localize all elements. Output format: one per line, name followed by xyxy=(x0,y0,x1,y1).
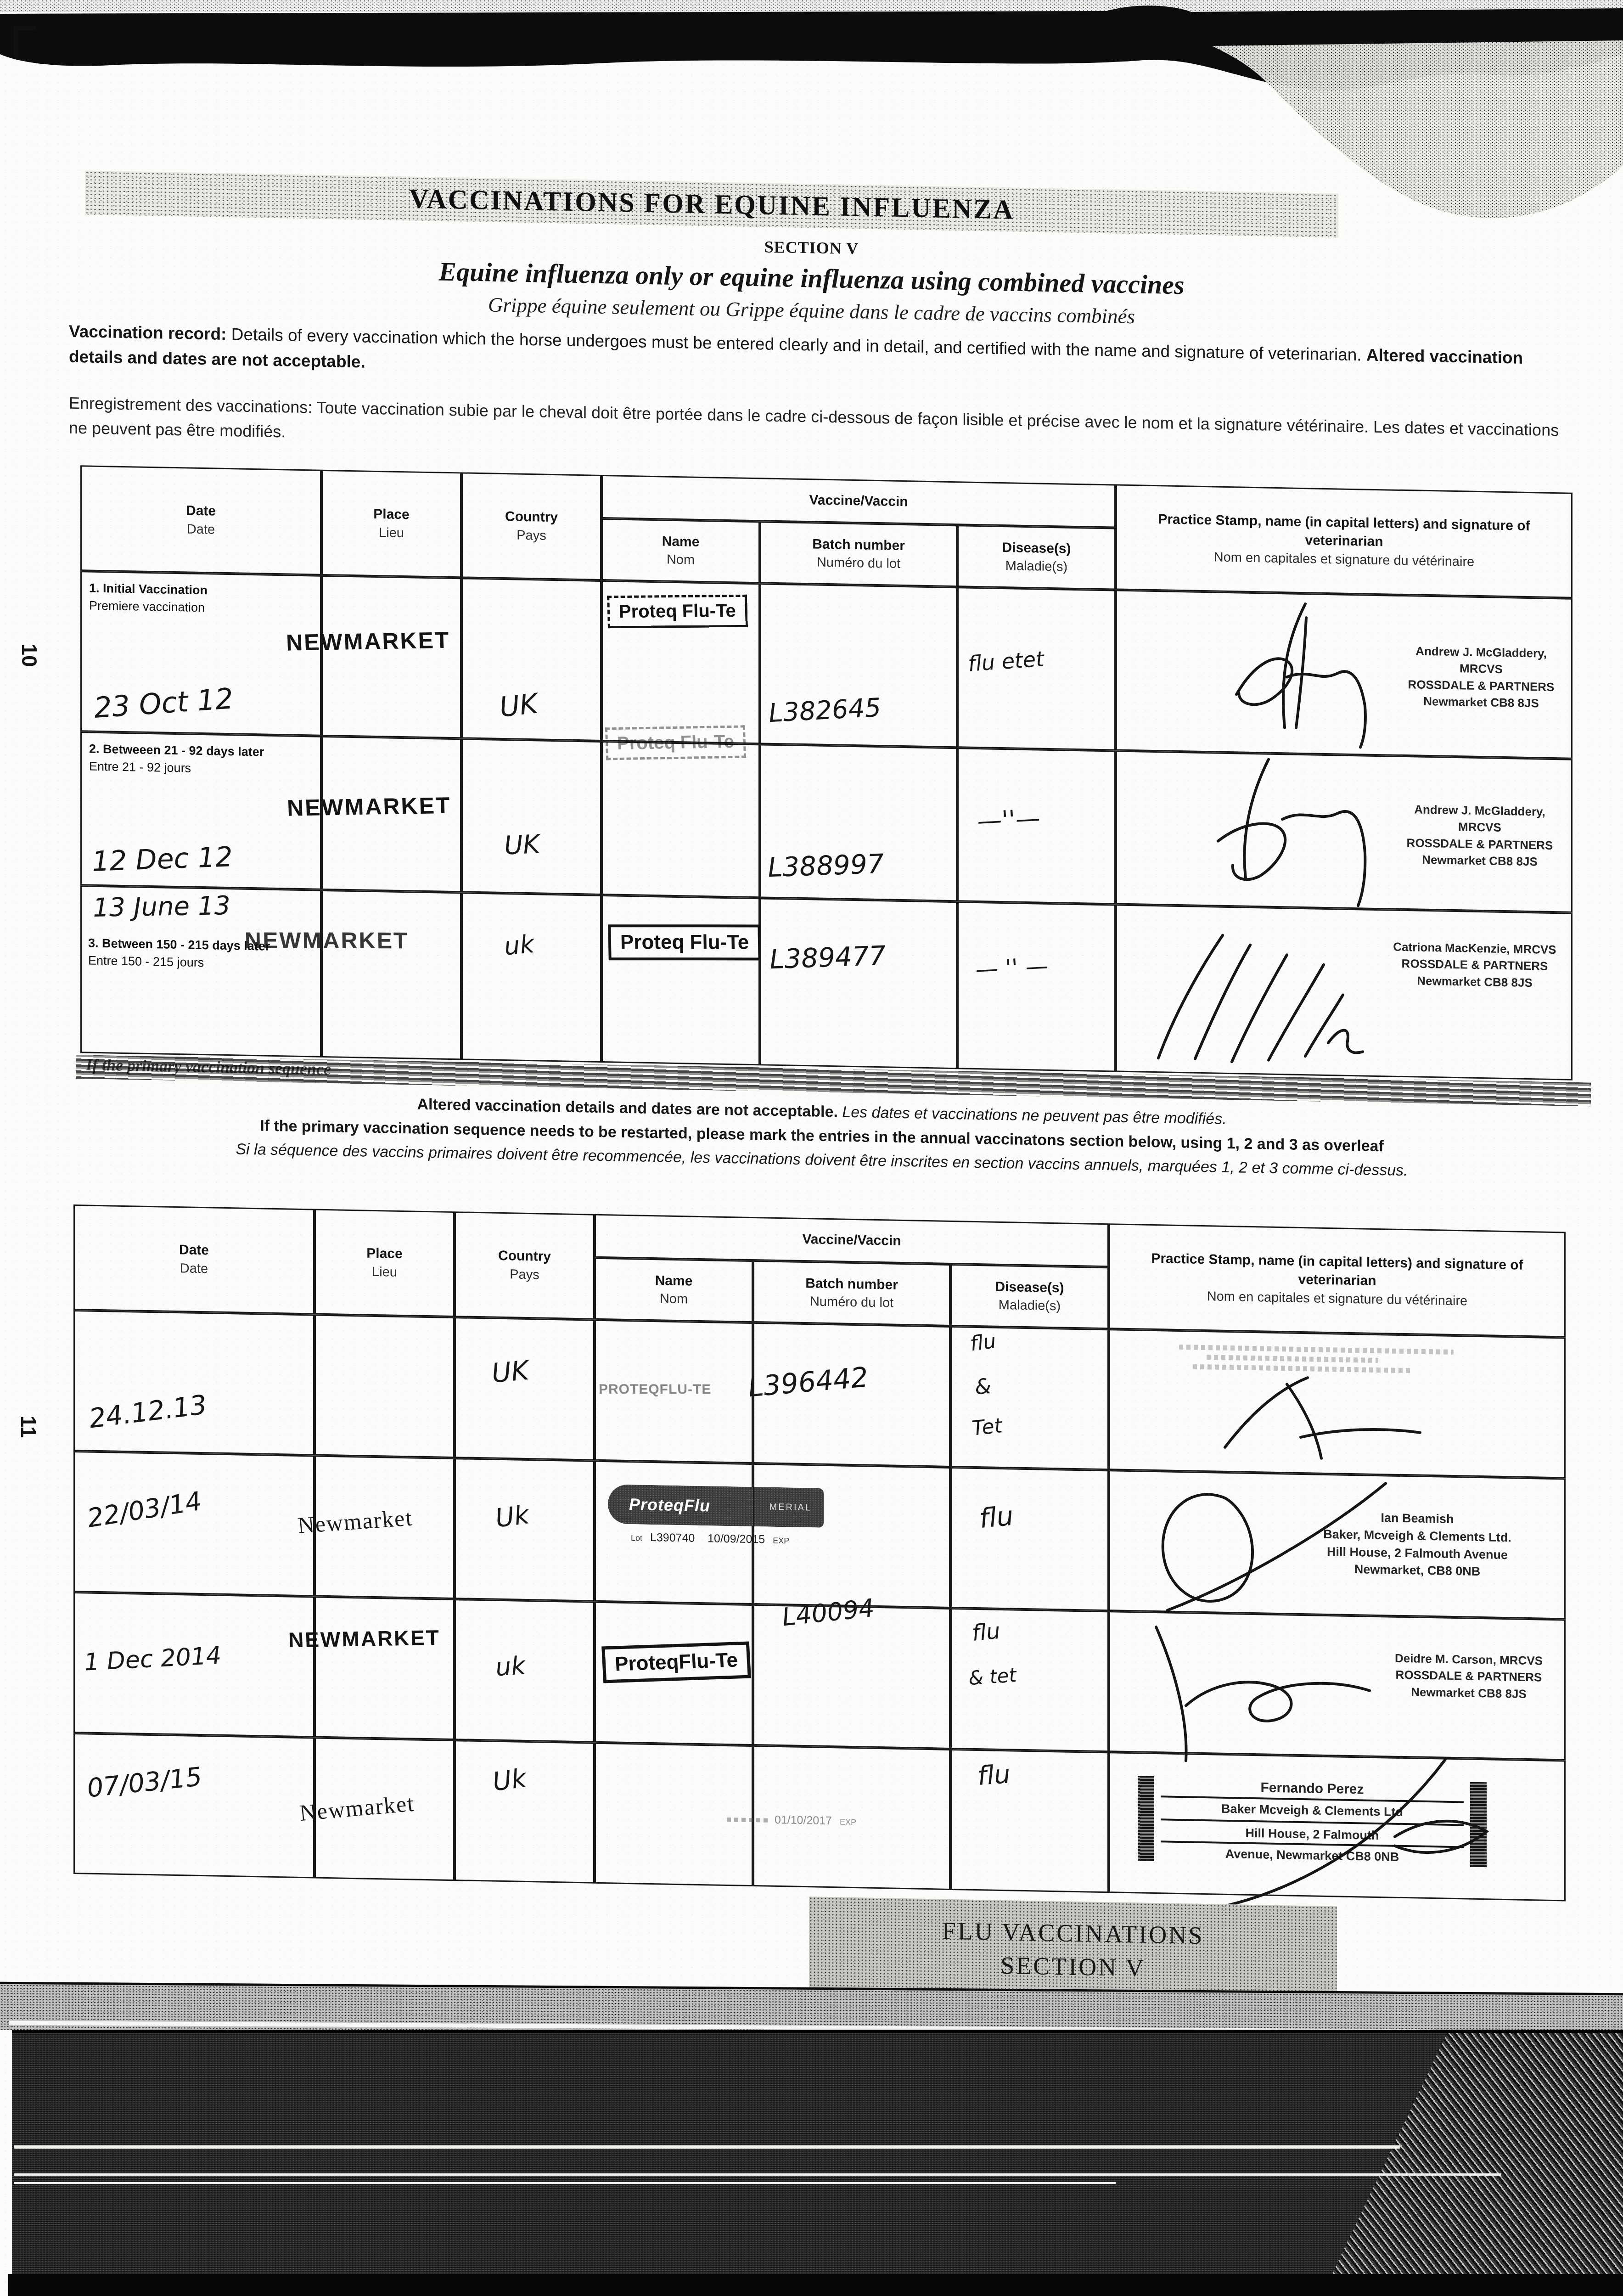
t2r3-date-handwritten: 1 Dec 2014 xyxy=(83,1642,222,1676)
t1r2-date-handwritten: 12 Dec 12 xyxy=(91,841,233,878)
t1r3-label-fr: Entre 150 - 215 jours xyxy=(88,953,204,969)
t2r1-vaccine-stamp-faint: PROTEQFLU-TE xyxy=(599,1382,712,1397)
t1r3-stamp-cell: Catriona MacKenzie, MRCVS ROSSDALE & PAR… xyxy=(1116,905,1572,1080)
t1r2-vet-stamp: Andrew J. McGladdery, MRCVS ROSSDALE & P… xyxy=(1395,801,1565,871)
t2r3-place-stamp: NEWMARKET xyxy=(288,1625,441,1652)
t2r2-disease-cell: flu xyxy=(950,1467,1109,1611)
vet-address: Newmarket CB8 8JS xyxy=(1398,692,1564,712)
t1r3-vaccine-stamp: Proteq Flu-Te xyxy=(608,924,761,960)
col-country: Country xyxy=(505,507,558,527)
vet-address: Newmarket CB8 8JS xyxy=(1382,1683,1556,1703)
vet-practice: ROSSDALE & PARTNERS xyxy=(1383,955,1567,975)
t2r2-vet-stamp: Ian Beamish Baker, Mcveigh & Clements Lt… xyxy=(1289,1508,1546,1581)
t2r4-country-cell: Uk xyxy=(455,1740,595,1884)
t1r3-vet-stamp: Catriona MacKenzie, MRCVS ROSSDALE & PAR… xyxy=(1383,938,1567,992)
col-batch: Batch number xyxy=(805,1274,898,1294)
col-name-fr: Nom xyxy=(660,1290,688,1309)
vet-practice: ROSSDALE & PARTNERS xyxy=(1395,834,1565,854)
t1r3-batch-cell: L389477 xyxy=(760,898,957,1069)
t2r2-stamp-cell: Ian Beamish Baker, Mcveigh & Clements Lt… xyxy=(1109,1470,1566,1619)
col-disease: Disease(s) xyxy=(995,1277,1064,1297)
t1r1-place-stamp: NEWMARKET xyxy=(286,627,450,656)
col-date-fr: Date xyxy=(180,1260,208,1278)
t2r1-disease-line3: Tet xyxy=(971,1414,1003,1441)
t1r3-country-cell: uk xyxy=(461,892,601,1063)
bottom-dark-band xyxy=(12,2030,1623,2296)
col-batch-fr: Numéro du lot xyxy=(817,554,900,573)
t1r1-batch-cell: L382645 xyxy=(760,583,957,748)
col-place-fr: Lieu xyxy=(379,524,404,542)
t1r1-disease-handwritten: flu etet xyxy=(967,646,1045,676)
lot-label: Lot xyxy=(631,1533,642,1542)
t1r3-disease-ditto: — '' — xyxy=(974,952,1049,983)
bottom-hatch-wedge xyxy=(1320,2033,1623,2296)
signature xyxy=(1172,744,1388,913)
page-number-10: 10 xyxy=(17,643,42,667)
t2r3-batch-cell: L40094 xyxy=(753,1604,950,1749)
t2r1-disease-cell: flu & Tet xyxy=(950,1326,1109,1470)
t2r2-place-cell: Newmarket xyxy=(314,1456,455,1599)
col-stamp: Practice Stamp, name (in capital letters… xyxy=(1131,510,1557,555)
t1r1-date-cell: 1. Initial VaccinationPremiere vaccinati… xyxy=(80,571,321,736)
t2r4-country-handwritten: Uk xyxy=(491,1763,528,1797)
vet-name: Andrew J. McGladdery, MRCVS xyxy=(1395,801,1565,838)
col-vaccine-group: Vaccine/Vaccin xyxy=(809,491,908,512)
corner-mark xyxy=(14,26,18,59)
col-name-fr: Nom xyxy=(667,551,695,569)
vet-address: Newmarket CB8 8JS xyxy=(1395,851,1565,871)
signature xyxy=(1165,1727,1505,1926)
t2r3-date-cell: 1 Dec 2014 xyxy=(73,1592,314,1738)
t1r3-label-en: 3. Between 150 - 215 days later xyxy=(88,936,270,953)
intro-paragraph-fr: Enregistrement des vaccinations: Toute v… xyxy=(69,391,1579,468)
col-vaccine-group: Vaccine/Vaccin xyxy=(802,1230,901,1250)
t1r1-date-handwritten: 23 Oct 12 xyxy=(92,681,235,725)
t1r3-country-handwritten: uk xyxy=(503,929,536,961)
footer-line1: FLU VACCINATIONS xyxy=(942,1914,1204,1953)
t2r3-disease-cell: flu & tet xyxy=(950,1608,1109,1752)
t2r4-disease-handwritten: flu xyxy=(976,1759,1011,1791)
note-line1-fr: Les dates et vaccinations ne peuvent pas… xyxy=(838,1103,1227,1128)
col-country-fr: Pays xyxy=(517,526,546,545)
t1r1-label-en: 1. Initial Vaccination xyxy=(89,581,208,597)
col-batch: Batch number xyxy=(812,535,905,555)
col-place-fr: Lieu xyxy=(372,1263,397,1282)
intro-body: Details of every vaccination which the h… xyxy=(226,325,1366,364)
signature xyxy=(1131,915,1374,1076)
t2r1-date-cell: 24.12.13 xyxy=(73,1310,314,1456)
col-name: Name xyxy=(662,532,700,551)
t2r1-place-cell xyxy=(314,1315,455,1458)
t1r1-batch-handwritten: L382645 xyxy=(768,693,882,729)
bottom-white-line xyxy=(14,2145,1400,2149)
col-place: Place xyxy=(366,1244,402,1264)
top-right-speckle-wedge xyxy=(1212,40,1623,218)
vaccination-table-annual: DateDate PlaceLieu CountryPays Vaccine/V… xyxy=(73,1204,1566,1902)
t1r2-label-fr: Entre 21 - 92 jours xyxy=(89,759,191,775)
scanned-passport-page: 10 11 VACCINATIONS FOR EQUINE INFLUENZA … xyxy=(0,0,1623,2296)
t1r3-place-stamp: NEWMARKET xyxy=(245,927,409,954)
t1r1-country-cell: UK xyxy=(461,578,601,741)
t2r2-country-cell: Uk xyxy=(455,1458,595,1602)
t2r1-country-cell: UK xyxy=(455,1317,595,1461)
t1r2-date-cell: 2. Betweeen 21 - 92 days laterEntre 21 -… xyxy=(80,732,321,890)
t1r2-country-cell: UK xyxy=(461,738,601,895)
t1r2-name-cell: Proteq Flu-Te xyxy=(601,741,760,898)
col-place: Place xyxy=(373,505,409,524)
t1r3-name-cell: Proteq Flu-Te xyxy=(601,895,760,1065)
bottom-black-bar xyxy=(8,2274,1623,2296)
vaccination-table-primary: DateDate PlaceLieu CountryPays Vaccine/V… xyxy=(80,465,1572,1080)
t1r2-batch-handwritten: L388997 xyxy=(767,848,885,884)
corner-mark-2 xyxy=(14,26,36,30)
t2r4-faint-lot-line: 01/10/2017 EXP xyxy=(727,1812,861,1829)
t2r2-batch-cell xyxy=(753,1463,950,1608)
vet-practice: ROSSDALE & PARTNERS xyxy=(1382,1666,1556,1686)
t1r3-date-cell: 13 June 13 3. Between 150 - 215 days lat… xyxy=(80,885,321,1058)
col-date: Date xyxy=(186,502,216,521)
col-name: Name xyxy=(655,1272,693,1291)
t1r2-vaccine-stamp: Proteq Flu-Te xyxy=(605,725,746,760)
t1r3-date-handwritten: 13 June 13 xyxy=(92,891,231,923)
t2r2-place-stamp: Newmarket xyxy=(297,1504,414,1539)
faint-expiry: 01/10/2017 xyxy=(775,1813,832,1827)
t2r4-date-handwritten: 07/03/15 xyxy=(85,1762,204,1804)
t2r1-disease-line1: flu xyxy=(969,1329,998,1356)
t1r1-country-handwritten: UK xyxy=(498,688,539,724)
page-title: VACCINATIONS FOR EQUINE INFLUENZA xyxy=(409,183,1015,225)
t1r1-stamp-cell: Andrew J. McGladdery, MRCVS ROSSDALE & P… xyxy=(1116,590,1572,759)
t2r3-country-cell: uk xyxy=(455,1599,595,1743)
bottom-white-line xyxy=(14,2182,1116,2184)
t1r2-label-en: 2. Betweeen 21 - 92 days later xyxy=(89,742,264,759)
t2r3-disease-line1: flu xyxy=(971,1618,1001,1646)
t2r3-vet-stamp: Deidre M. Carson, MRCVS ROSSDALE & PARTN… xyxy=(1382,1649,1556,1703)
col-batch-fr: Numéro du lot xyxy=(810,1293,893,1312)
col-date: Date xyxy=(179,1241,209,1260)
intro-lead: Vaccination record: xyxy=(69,322,226,343)
t1r1-name-cell: Proteq Flu-Te xyxy=(601,580,760,744)
t2r2-name-cell: ProteqFlu MERIAL Lot L390740 10/09/2015 … xyxy=(595,1461,753,1604)
t2r2-country-handwritten: Uk xyxy=(494,1500,531,1533)
stamp-side-bar xyxy=(1138,1776,1154,1861)
col-disease-fr: Maladie(s) xyxy=(1005,557,1067,576)
t1r2-place-cell: NEWMARKET xyxy=(321,736,461,893)
t2r4-place-cell: Newmarket xyxy=(314,1738,455,1881)
t1r3-disease-cell: — '' — xyxy=(957,901,1116,1072)
t2r1-disease-line2: & xyxy=(973,1373,992,1400)
col-date-fr: Date xyxy=(187,520,215,539)
t2r4-batch-cell: 01/10/2017 EXP xyxy=(753,1745,950,1890)
footer-line2: SECTION V xyxy=(1000,1949,1146,1985)
t2r3-name-cell: ProteqFlu-Te xyxy=(595,1602,753,1745)
signature xyxy=(1188,1341,1436,1474)
t1r2-batch-cell: L388997 xyxy=(760,744,957,901)
col-stamp: Practice Stamp, name (in capital letters… xyxy=(1124,1249,1550,1294)
t2r1-date-handwritten: 24.12.13 xyxy=(87,1389,209,1435)
t2r1-batch-handwritten: L396442 xyxy=(747,1361,870,1403)
sticker-brand: ProteqFlu xyxy=(629,1495,710,1515)
col-disease: Disease(s) xyxy=(1002,539,1071,558)
signature xyxy=(1168,588,1379,757)
t1r3-batch-handwritten: L389477 xyxy=(769,940,887,975)
t1r2-stamp-cell: Andrew J. McGladdery, MRCVS ROSSDALE & P… xyxy=(1116,751,1572,913)
col-disease-fr: Maladie(s) xyxy=(999,1296,1061,1316)
t2r1-batch-cell: L396442 xyxy=(753,1322,950,1467)
t1r2-country-handwritten: UK xyxy=(503,829,541,861)
t1r1-vet-stamp: Andrew J. McGladdery, MRCVS ROSSDALE & P… xyxy=(1398,642,1564,712)
t1r1-vaccine-stamp: Proteq Flu-Te xyxy=(607,595,748,628)
t2r2-date-handwritten: 22/03/14 xyxy=(85,1486,204,1534)
vet-address: Newmarket CB8 8JS xyxy=(1383,972,1567,992)
t2r2-disease-handwritten: flu xyxy=(978,1500,1015,1534)
t2r4-disease-cell: flu xyxy=(950,1749,1109,1893)
faint-exp-label: EXP xyxy=(840,1818,856,1827)
t2r2-date-cell: 22/03/14 xyxy=(73,1451,314,1597)
t2r1-country-handwritten: UK xyxy=(490,1355,530,1389)
t2r4-date-cell: 07/03/15 xyxy=(73,1733,314,1879)
lot-number: L390740 xyxy=(650,1531,695,1545)
t2r3-disease-line2: & tet xyxy=(967,1664,1017,1689)
t2r1-name-cell: PROTEQFLU-TE xyxy=(595,1320,753,1463)
t2r4-place-stamp: Newmarket xyxy=(298,1790,416,1826)
t1r3-place-cell: NEWMARKET xyxy=(321,890,461,1060)
vet-name: Andrew J. McGladdery, MRCVS xyxy=(1398,642,1564,679)
note-line1-en: Altered vaccination details and dates ar… xyxy=(417,1096,837,1121)
col-country: Country xyxy=(498,1247,551,1266)
t1r2-disease-ditto: —''— xyxy=(976,804,1041,836)
t1r1-label-fr: Premiere vaccination xyxy=(89,598,205,614)
t1r2-place-stamp: NEWMARKET xyxy=(286,792,451,822)
bottom-white-line xyxy=(14,2173,1501,2176)
col-country-fr: Pays xyxy=(510,1266,539,1284)
t1r1-place-cell: NEWMARKET xyxy=(321,575,461,739)
t2r3-vaccine-stamp: ProteqFlu-Te xyxy=(601,1642,751,1683)
top-speckle-strip xyxy=(0,0,1623,12)
t1r1-disease-cell: flu etet xyxy=(957,587,1116,750)
t2r3-place-cell: NEWMARKET xyxy=(314,1597,455,1740)
t1r2-disease-cell: —''— xyxy=(957,748,1116,904)
page-number-11: 11 xyxy=(16,1416,41,1438)
t2r3-country-handwritten: uk xyxy=(494,1651,527,1682)
t2r4-stamp-cell: Fernando Perez Baker Mcveigh & Clements … xyxy=(1109,1752,1566,1901)
